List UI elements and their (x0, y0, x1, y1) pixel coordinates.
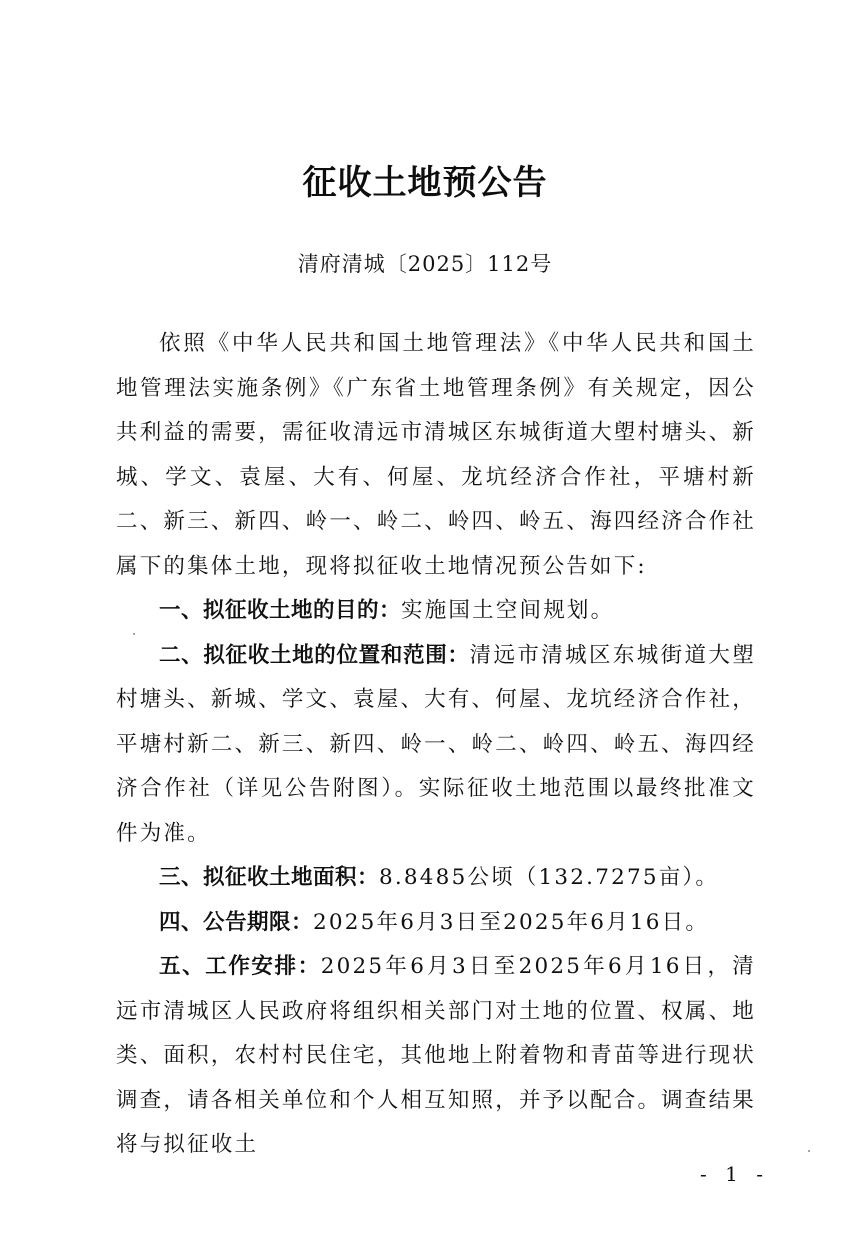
section-text: 2025年6月3日至2025年6月16日。 (313, 910, 709, 935)
section-period: 四、公告期限：2025年6月3日至2025年6月16日。 (116, 901, 756, 946)
section-heading: 三、拟征收土地面积： (159, 865, 379, 890)
section-location: 二、拟征收土地的位置和范围：清远市清城区东城街道大塱村塘头、新城、学文、袁屋、大… (116, 634, 756, 857)
section-heading: 四、公告期限： (159, 910, 313, 935)
scan-speck (133, 633, 135, 635)
section-work-arrangement: 五、工作安排：2025年6月3日至2025年6月16日，清远市清城区人民政府将组… (116, 945, 756, 1168)
section-text: 清远市清城区东城街道大塱村塘头、新城、学文、袁屋、大有、何屋、龙坑经济合作社，平… (116, 643, 756, 846)
document-number: 清府清城〔2025〕112号 (0, 248, 850, 278)
scan-speck (808, 1150, 810, 1152)
intro-paragraph: 依照《中华人民共和国土地管理法》《中华人民共和国土地管理法实施条例》《广东省土地… (116, 322, 756, 589)
section-area: 三、拟征收土地面积：8.8485公顷（132.7275亩）。 (116, 856, 756, 901)
section-heading: 二、拟征收土地的位置和范围： (159, 643, 470, 668)
document-body: 依照《中华人民共和国土地管理法》《中华人民共和国土地管理法实施条例》《广东省土地… (116, 322, 756, 1168)
section-heading: 五、工作安排： (159, 954, 321, 979)
section-heading: 一、拟征收土地的目的： (159, 598, 401, 623)
section-text: 8.8485公顷（132.7275亩）。 (379, 865, 719, 890)
section-purpose: 一、拟征收土地的目的：实施国土空间规划。 (116, 589, 756, 634)
document-title: 征收土地预公告 (0, 155, 850, 204)
section-text: 实施国土空间规划。 (401, 598, 614, 623)
page-number: - 1 - (700, 1162, 769, 1186)
section-text: 2025年6月3日至2025年6月16日，清远市清城区人民政府将组织相关部门对土… (116, 954, 756, 1157)
